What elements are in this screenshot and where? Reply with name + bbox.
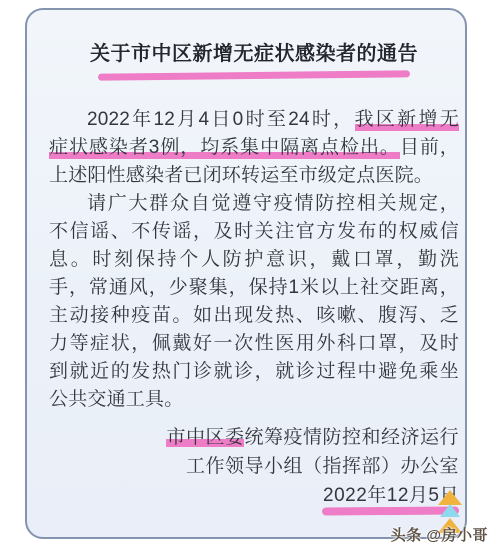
toutiao-watermark: 头条 @房小哥 [394, 497, 494, 549]
body-line: 不信谣、不传谣，及时关注官方发布的权威信 [49, 218, 459, 246]
signature-line-office: 工作领导小组（指挥部）办公室 [49, 452, 459, 481]
body-line: 力等症状，佩戴好一次性医用外科口罩，及时 [49, 330, 459, 358]
body-text: 上述阳性感染者已闭环转运至市级定点医院。 [49, 165, 433, 186]
signature-highlighted-text: 市中区委 [166, 427, 244, 448]
body-line: 手，常通风，少聚集，保持1米以上社交距离， [49, 274, 459, 302]
body-line: 到就近的发热门诊就诊，就诊过程中避免乘坐 [49, 358, 459, 386]
body-line: 主动接种疫苗。如出现发热、咳嗽、腹泻、乏 [49, 302, 459, 330]
notice-image-page: 关于市中区新增无症状感染者的通告 2022年12月4日0时至24时，我区新增无症… [0, 0, 500, 553]
body-text: 2022年12月4日0时至24时， [87, 109, 355, 130]
body-text: 目前， [400, 137, 459, 158]
body-line: 2022年12月4日0时至24时，我区新增无 [49, 106, 459, 134]
body-line: 公共交通工具。 [49, 386, 459, 414]
watermark-text: 头条 @房小哥 [391, 524, 488, 545]
notice-body: 2022年12月4日0时至24时，我区新增无症状感染者3例，均系集中隔离点检出。… [49, 106, 459, 414]
body-text: 到就近的发热门诊就诊，就诊过程中避免乘坐 [49, 361, 459, 382]
body-text: 请广大群众自觉遵守疫情防控相关规定， [87, 193, 459, 214]
body-text: 力等症状，佩戴好一次性医用外科口罩，及时 [49, 333, 459, 354]
body-line: 息。时刻保持个人防护意识，戴口罩，勤洗 [49, 246, 459, 274]
title-pink-underline [98, 70, 410, 80]
arrow-up-icon [438, 490, 462, 505]
body-line: 请广大群众自觉遵守疫情防控相关规定， [49, 190, 459, 218]
notice-card: 关于市中区新增无症状感染者的通告 2022年12月4日0时至24时，我区新增无症… [25, 8, 467, 539]
notice-title: 关于市中区新增无症状感染者的通告 [49, 40, 459, 68]
body-line: 症状感染者3例，均系集中隔离点检出。目前， [49, 134, 459, 162]
body-text: 主动接种疫苗。如出现发热、咳嗽、腹泻、乏 [49, 305, 459, 326]
body-text: 息。时刻保持个人防护意识，戴口罩，勤洗 [49, 249, 459, 270]
arrow-up-icon [440, 504, 460, 517]
body-line: 上述阳性感染者已闭环转运至市级定点医院。 [49, 162, 459, 190]
body-text: 不信谣、不传谣，及时关注官方发布的权威信 [49, 221, 459, 242]
signature-line-issuer: 市中区委统筹疫情防控和经济运行 [49, 423, 459, 452]
body-text: 公共交通工具。 [49, 389, 183, 410]
highlighted-text: 症状感染者3例，均系集中隔离点检出。 [49, 137, 400, 159]
highlighted-text: 我区新增无 [355, 109, 459, 131]
body-text: 手，常通风，少聚集，保持1米以上社交距离， [49, 277, 459, 298]
signature-text: 统筹疫情防控和经济运行 [244, 427, 459, 448]
